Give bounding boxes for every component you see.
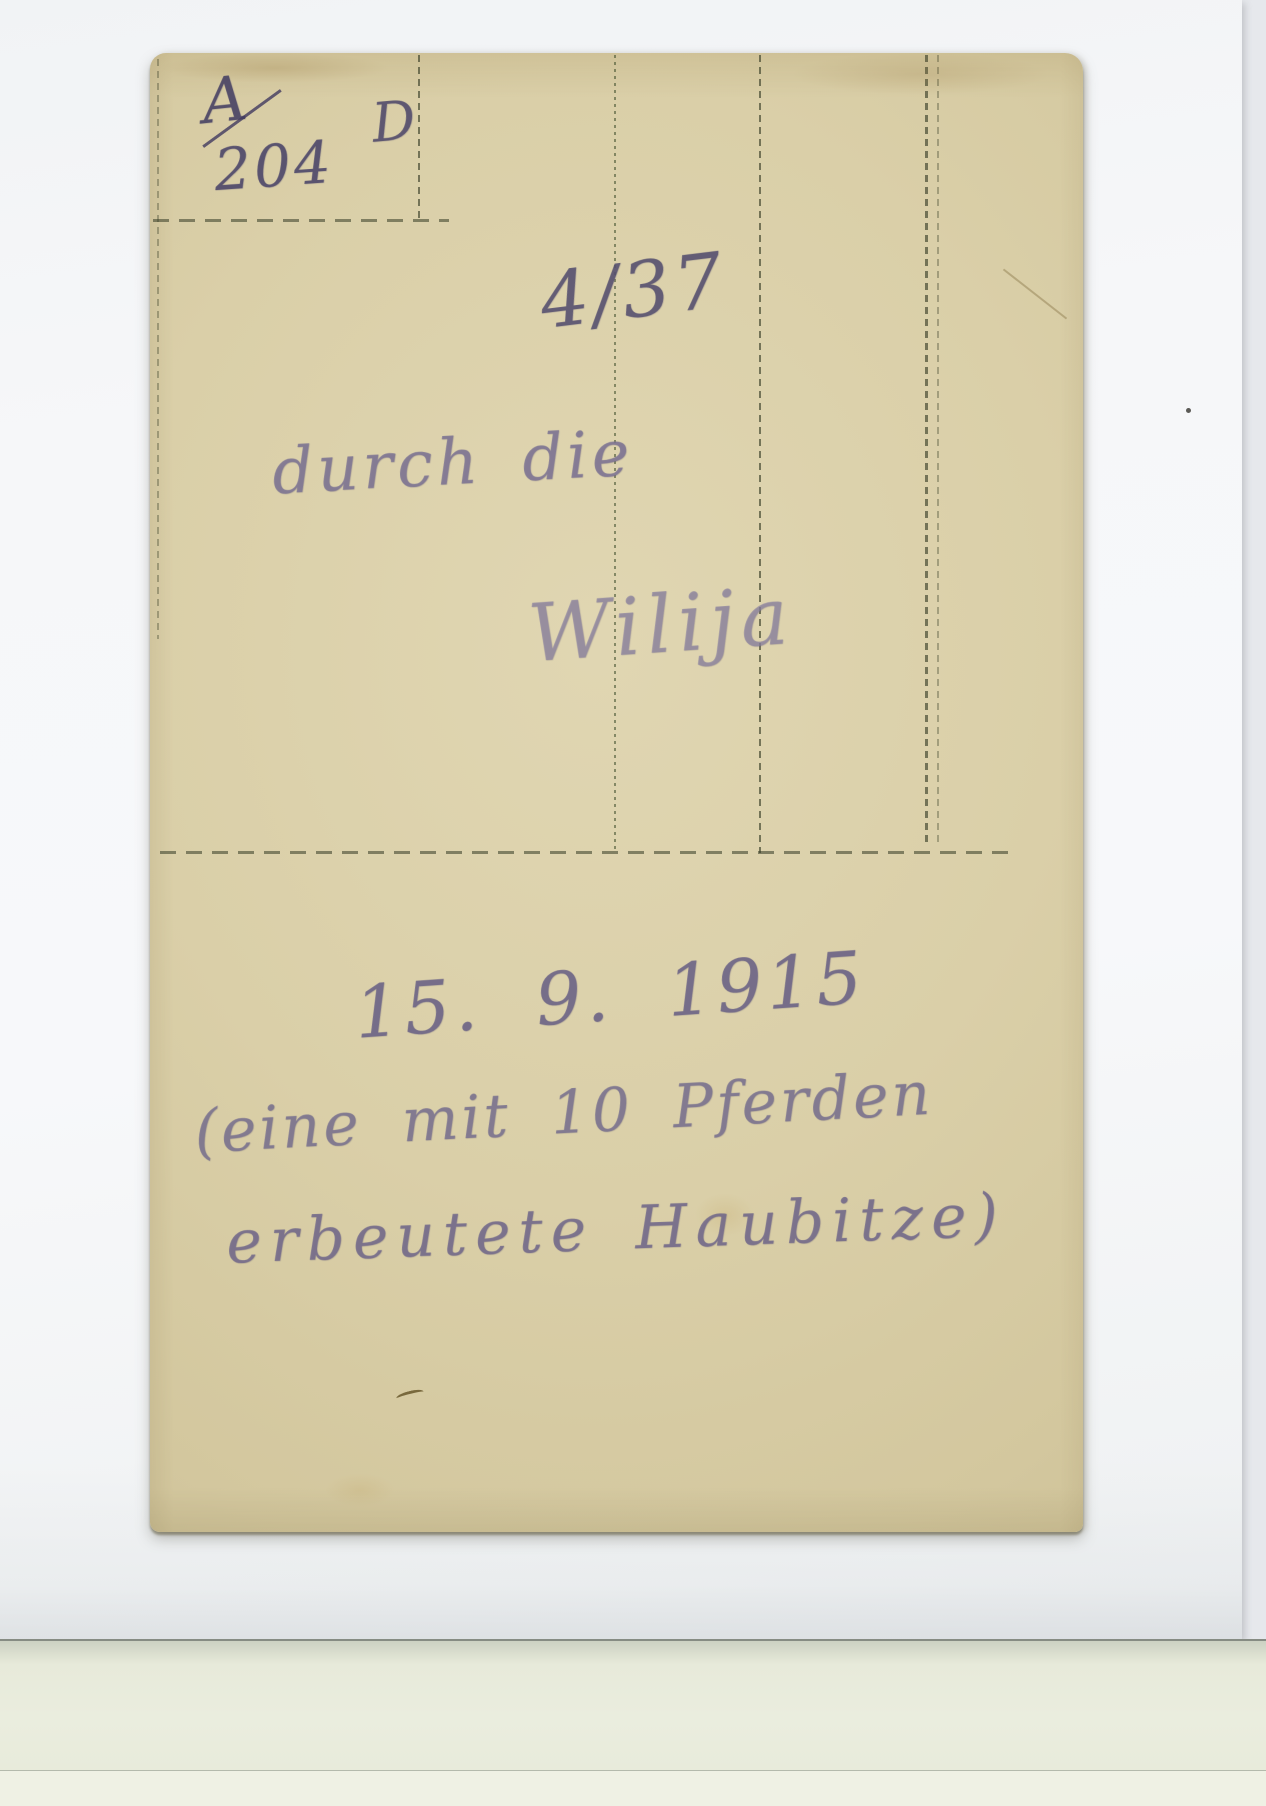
photo-card-verso: A 204 D 4/37 durch die Wilija 15. 9. 191… [150,53,1083,1532]
grime-stain-top-right [790,53,1050,95]
horizontal-divider-rule [160,851,1008,854]
corner-box-number: 204 [212,133,335,199]
caption-line-2: Wilija [526,576,797,674]
corner-box-right-rule [418,55,420,221]
corner-box-crossed-letter: A [199,67,250,133]
photo-number: 4/37 [536,242,731,340]
grime-stain-top-left [160,53,390,83]
dust-speck [1186,408,1191,413]
corner-box-bottom-rule [153,219,449,222]
vertical-rule-3b [937,55,939,845]
scan-background: A 204 D 4/37 durch die Wilija 15. 9. 191… [0,0,1266,1806]
caption-line-1: durch die [271,422,635,505]
card-left-edge-rule [157,59,159,639]
stain-bottom [325,1473,395,1507]
vertical-rule-2 [759,55,761,853]
vertical-rule-3a [925,55,928,845]
corner-box-letter: D [370,93,418,151]
mat-strip-lower [0,1770,1266,1806]
mat-strip-upper [0,1639,1266,1770]
